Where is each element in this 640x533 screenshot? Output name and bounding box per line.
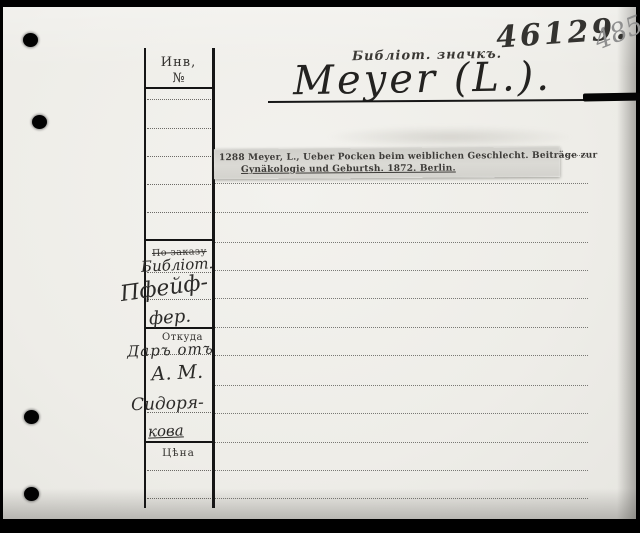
- catalog-card-scan: Инв, № 46129. 485 Библіот. значкъ. Meyer…: [0, 0, 640, 533]
- inv-column-header-line2: №: [144, 71, 213, 86]
- origin-note-line1: Даръ отъ: [127, 339, 214, 360]
- origin-note-line2: А. М.: [150, 361, 203, 386]
- ruled-line: [215, 498, 588, 499]
- ruled-line: [215, 212, 588, 213]
- inv-ruled-line: [147, 212, 211, 213]
- ruled-line: [215, 298, 588, 299]
- ruled-line: [215, 327, 588, 328]
- ruled-line: [215, 470, 588, 471]
- ruled-line: [215, 270, 588, 271]
- ruled-line: [215, 242, 588, 243]
- clipping-line2: Gynäkologie und Geburtsh. 1872. Berlin.: [241, 162, 560, 176]
- ruled-line: [215, 183, 588, 184]
- price-field-label: Цѣна: [144, 447, 213, 459]
- punch-hole: [32, 115, 47, 129]
- origin-note-line4: кова: [148, 421, 184, 440]
- inv-ruled-line: [147, 128, 211, 129]
- ruled-line: [215, 442, 588, 443]
- inv-column-header-line1: Инв,: [144, 55, 213, 70]
- scan-edge-artifact: [583, 93, 640, 102]
- inv-header-divider: [144, 87, 215, 89]
- ruled-line: [215, 385, 588, 386]
- inv-column-right-rule: [212, 48, 215, 508]
- punch-hole: [24, 487, 39, 501]
- inv-ruled-line: [147, 184, 211, 185]
- inv-ruled-line: [147, 470, 211, 471]
- price-section-divider: [144, 441, 215, 443]
- paste-smudge: [325, 126, 575, 148]
- order-section-divider: [144, 239, 215, 241]
- inv-ruled-line: [147, 156, 211, 157]
- ruled-line: [215, 413, 588, 414]
- order-note-line3: фер.: [148, 306, 191, 330]
- origin-note-line3: Сидоря-: [131, 393, 205, 416]
- punch-hole: [23, 33, 38, 47]
- author-heading-handwritten: Meyer (L.).: [293, 54, 553, 105]
- inv-ruled-line: [147, 99, 211, 100]
- inv-ruled-line: [147, 498, 211, 499]
- punch-hole: [24, 410, 39, 424]
- pasted-clipping: 1288 Meyer, L., Ueber Pocken beim weibli…: [214, 147, 560, 179]
- ruled-line: [215, 355, 588, 356]
